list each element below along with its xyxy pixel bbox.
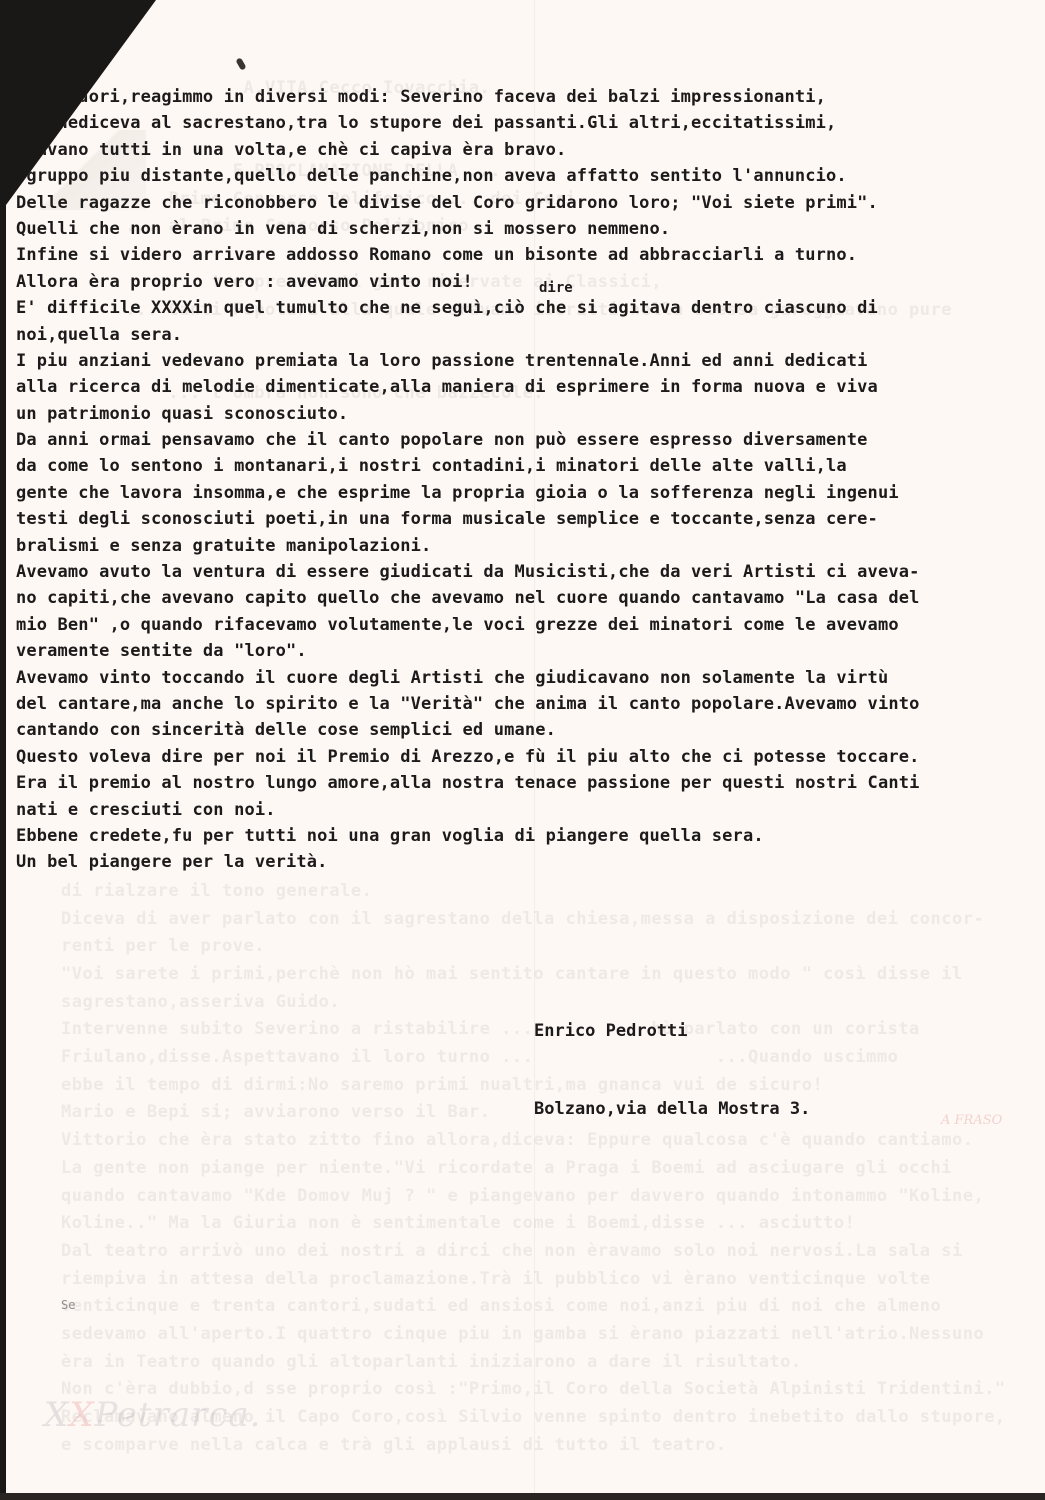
bleed-line: èra in Teatro quando gli altoparlanti in… [61, 1349, 1041, 1377]
text-line: noi,quella sera. [16, 322, 1016, 348]
text-line: no capiti,che avevano capito quello che … [16, 585, 1016, 611]
text-line: Da anni ormai pensavamo che il canto pop… [16, 427, 1016, 453]
text-line: Era il premio al nostro lungo amore,alla… [16, 770, 1016, 796]
text-line: benediceva al sacrestano,tra lo stupore … [16, 110, 1016, 136]
cross-mark-red: X [69, 1395, 94, 1435]
text-line: un patrimonio quasi sconosciuto. [16, 401, 1016, 427]
text-line: testi degli sconosciuti poeti,in una for… [16, 506, 1016, 532]
text-line: bralismi e senza gratuite manipolazioni. [16, 533, 1016, 559]
bleed-line: Koline.." Ma la Giuria non è sentimental… [61, 1210, 1041, 1238]
text-line: Delle ragazze che riconobbero le divise … [16, 190, 1016, 216]
text-line: Quelli che non èrano in vena di scherzi,… [16, 216, 1016, 242]
bleed-line: riempiva in attesa della proclamazione.T… [61, 1266, 1041, 1294]
text-line: E' difficile XXXXin quel tumulto che ne … [16, 295, 1016, 321]
text-line: Allora èra proprio vero : avevamo vinto … [16, 269, 1016, 295]
handwritten-name: Petrarca. [94, 1395, 261, 1435]
text-line: gruppo piu distante,quello delle panchin… [16, 163, 1016, 189]
signature-address: Bolzano,via della Mostra 3. [534, 1096, 810, 1122]
text-line: Avevamo vinto toccando il cuore degli Ar… [16, 665, 1016, 691]
signature-name: Enrico Pedrotti [534, 1018, 810, 1044]
margin-mark-small: Se [61, 1298, 75, 1312]
bleed-line: e scomparve nella calca e trà gli applau… [61, 1432, 1041, 1460]
bleed-line: renti per le prove. [61, 933, 1041, 961]
ink-mark [235, 57, 246, 70]
cross-mark: X [44, 1395, 69, 1435]
text-line: nati e cresciuti con noi. [16, 797, 1016, 823]
bleed-line: Diceva di aver parlato con il sagrestano… [61, 906, 1041, 934]
text-line: del cantare,ma anche lo spirito e la "Ve… [16, 691, 1016, 717]
bleed-line: quando cantavamo "Kde Domov Muj ? " e pi… [61, 1183, 1041, 1211]
signature-block: Enrico Pedrotti Bolzano,via della Mostra… [534, 966, 810, 1174]
handwritten-annotation: XXPetrarca. [44, 1395, 261, 1435]
bleed-line: sedevamo all'aperto.I quattro cinque piu… [61, 1321, 1041, 1349]
text-line: mio Ben" ,o quando rifacevamo volutament… [16, 612, 1016, 638]
text-line: Avevamo avuto la ventura di essere giudi… [16, 559, 1016, 585]
page-bottom-edge [0, 1493, 1045, 1500]
text-line: Un bel piangere per la verità. [16, 849, 1016, 875]
paper-sheet: A.VITA,Cecco Iovacchia. ... E PROCLAMAZI… [6, 0, 1045, 1495]
text-line: Questo voleva dire per noi il Premio di … [16, 744, 1016, 770]
text-line: da come lo sentono i montanari,i nostri … [16, 453, 1016, 479]
text-line: di fuori,reagimmo in diversi modi: Sever… [16, 84, 1016, 110]
bleed-line: Dal teatro arrivò uno dei nostri a dirci… [61, 1238, 1041, 1266]
margin-note-red: A FRASO [941, 1113, 1002, 1128]
text-line: I piu anziani vedevano premiata la loro … [16, 348, 1016, 374]
text-line: Ebbene credete,fu per tutti noi una gran… [16, 823, 1016, 849]
text-line: veramente sentite da "loro". [16, 638, 1016, 664]
bleed-line: venticinque e trenta cantori,sudati ed a… [61, 1293, 1041, 1321]
text-line: lavano tutti in una volta,e chè ci capiv… [16, 137, 1016, 163]
text-line: cantando con sincerità delle cose sempli… [16, 717, 1016, 743]
bleed-line: di rialzare il tono generale. [61, 878, 1041, 906]
text-line: alla ricerca di melodie dimenticate,alla… [16, 374, 1016, 400]
letter-body: di fuori,reagimmo in diversi modi: Sever… [16, 84, 1016, 876]
handwritten-insert-word: dire [539, 280, 573, 296]
text-line: gente che lavora insomma,e che esprime l… [16, 480, 1016, 506]
text-line: Infine si videro arrivare addosso Romano… [16, 242, 1016, 268]
